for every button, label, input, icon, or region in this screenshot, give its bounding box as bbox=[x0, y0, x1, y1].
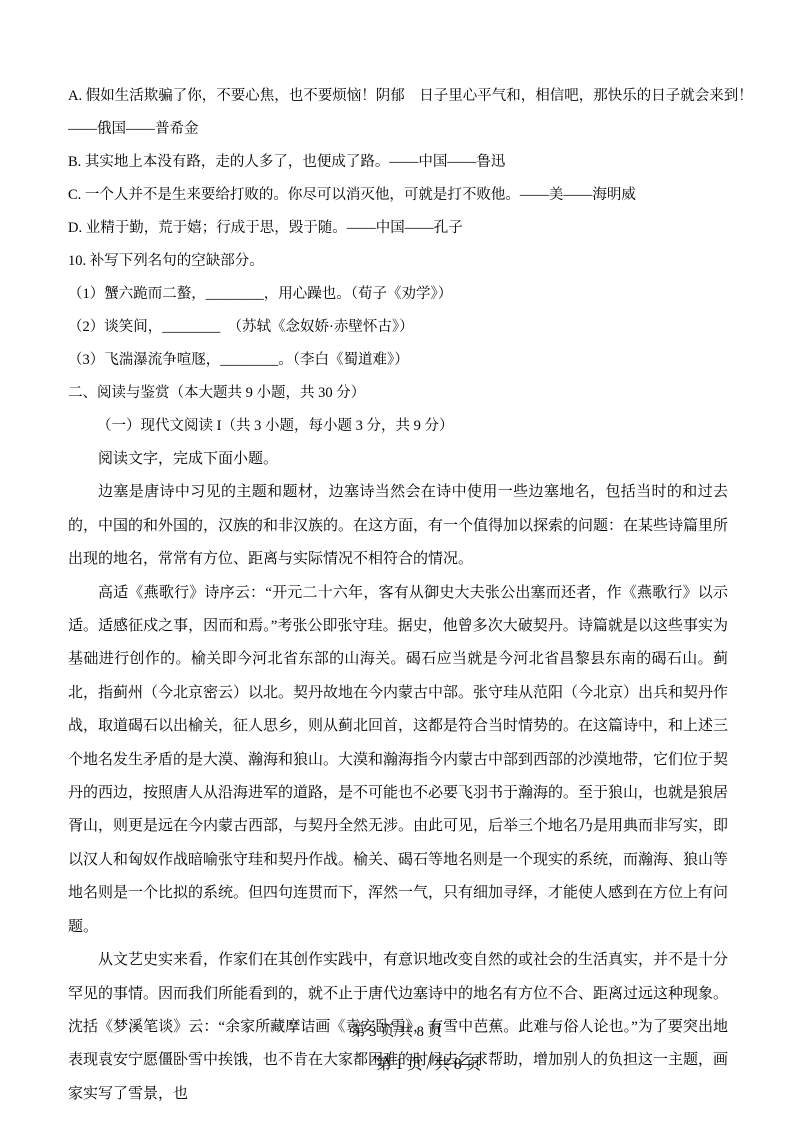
option-d-text: D. 业精于勤，荒于嬉；行成于思，毁于随。——中国——孔子 bbox=[68, 212, 728, 245]
question-10-item-3: （3）飞湍瀑流争喧豗，________。（李白《蜀道难》） bbox=[68, 344, 728, 377]
viewer-page-indicator: 第 1 页 / 共 8 页 bbox=[32, 1054, 793, 1076]
passage-instruction: 阅读文字，完成下面小题。 bbox=[68, 443, 728, 476]
passage-paragraph-1: 边塞是唐诗中习见的主题和题材，边塞诗当然会在诗中使用一些边塞地名，包括当时的和过… bbox=[68, 476, 728, 576]
passage-paragraph-2: 高适《燕歌行》诗序云：“开元二十六年，客有从御史大夫张公出塞而还者，作《燕歌行》… bbox=[68, 577, 728, 944]
document-page-footer: 第 3 页/共 8 页 bbox=[0, 1022, 793, 1042]
question-10-stem: 10. 补写下列名句的空缺部分。 bbox=[68, 245, 728, 278]
exam-document-page: { "colors": { "background": "#ffffff", "… bbox=[0, 0, 793, 1122]
section-subheading: （一）现代文阅读 I（共 3 小题，每小题 3 分，共 9 分） bbox=[97, 410, 728, 443]
option-a-text: A. 假如生活欺骗了你，不要心焦，也不要烦恼！阴郁 日子里心平气和，相信吧，那快… bbox=[68, 80, 728, 113]
question-10-item-1: （1）蟹六跪而二螯，________，用心躁也。（荀子《劝学》） bbox=[68, 278, 728, 311]
question-10-item-2: （2）谈笑间，________ （苏轼《念奴娇·赤壁怀古》） bbox=[68, 311, 728, 344]
option-c-text: C. 一个人并不是生来要给打败的。你尽可以消灭他，可就是打不败他。——美——海明… bbox=[68, 179, 728, 212]
option-b-text: B. 其实地上本没有路，走的人多了，也便成了路。——中国——鲁迅 bbox=[68, 146, 728, 179]
page-content: A. 假如生活欺骗了你，不要心焦，也不要烦恼！阴郁 日子里心平气和，相信吧，那快… bbox=[68, 80, 728, 1111]
option-a-attribution: ——俄国——普希金 bbox=[68, 113, 728, 146]
section-heading: 二、阅读与鉴赏（本大题共 9 小题，共 30 分） bbox=[68, 377, 728, 410]
